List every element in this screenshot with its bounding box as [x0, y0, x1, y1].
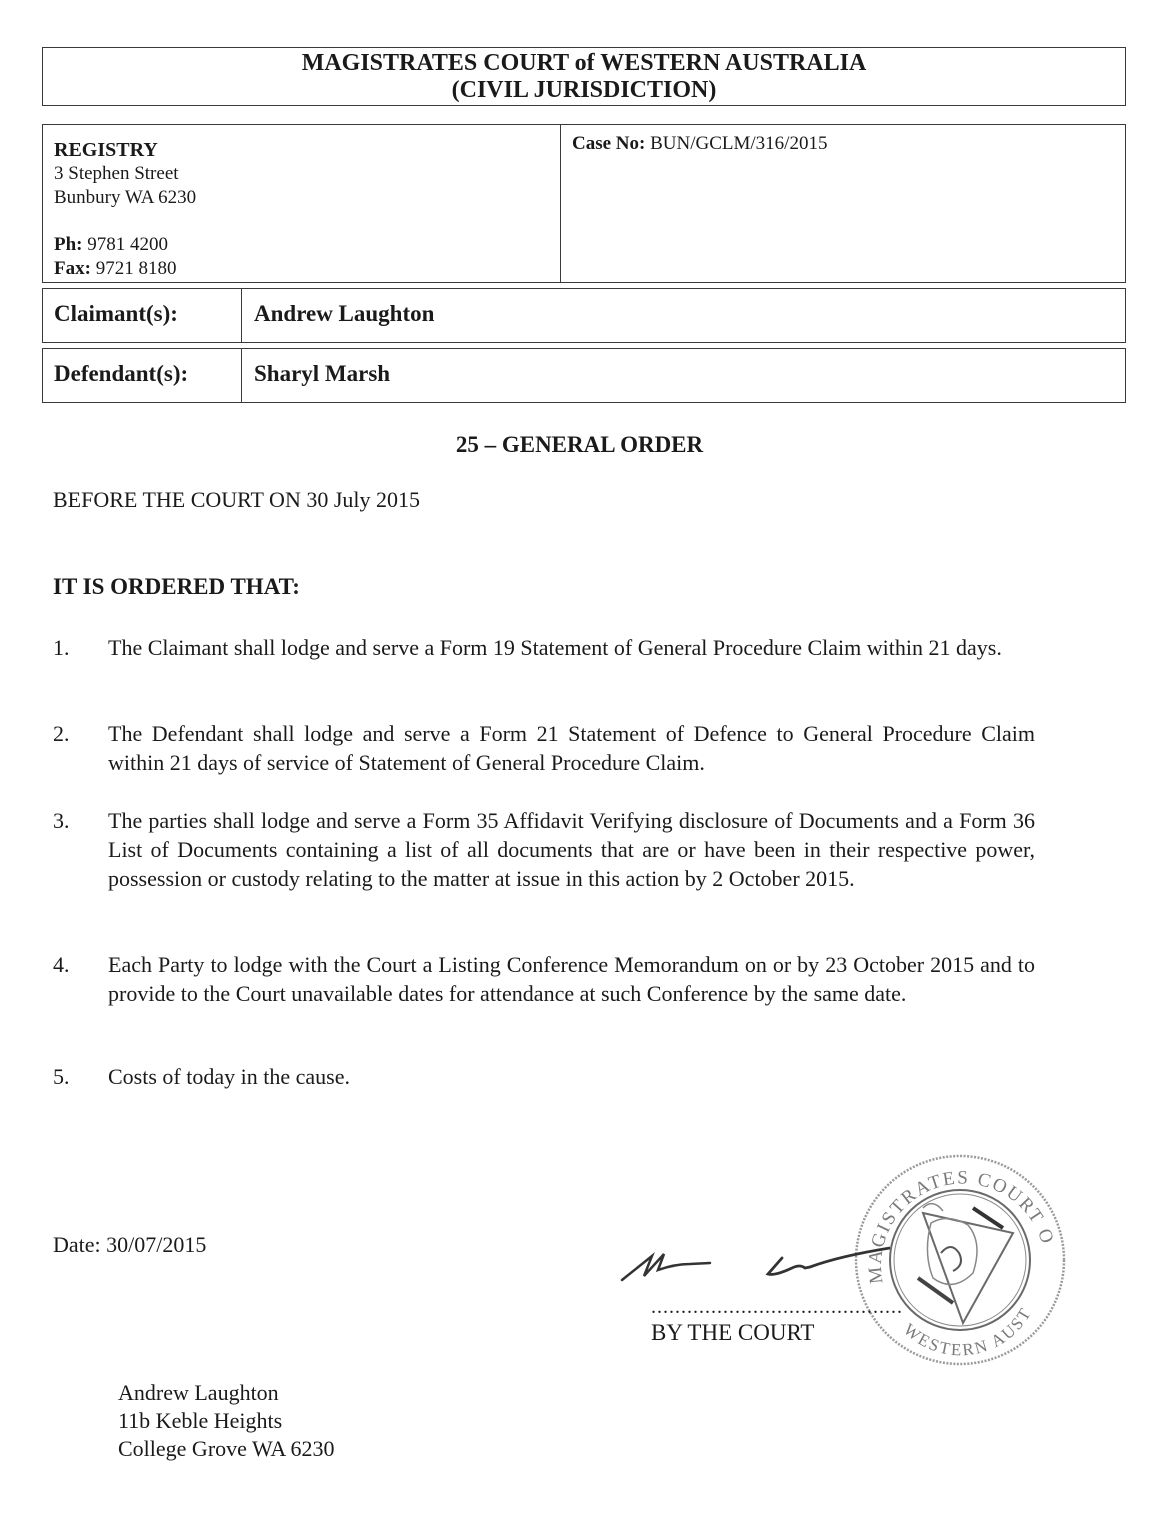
- order-item-number: 4.: [53, 950, 70, 979]
- recipient-name: Andrew Laughton: [118, 1378, 279, 1407]
- registry-details: REGISTRY 3 Stephen Street Bunbury WA 623…: [43, 125, 561, 282]
- claimant-row: Claimant(s): Andrew Laughton: [42, 288, 1126, 343]
- court-title-box: MAGISTRATES COURT of WESTERN AUSTRALIA (…: [42, 47, 1126, 106]
- case-number: Case No: BUN/GCLM/316/2015: [572, 133, 827, 155]
- order-title: 25 – GENERAL ORDER: [0, 432, 1159, 458]
- registry-address-line2: Bunbury WA 6230: [54, 186, 196, 210]
- registry-phone: Ph: 9781 4200: [54, 233, 168, 257]
- registry-address-line1: 3 Stephen Street: [54, 162, 179, 186]
- defendant-label-cell: Defendant(s):: [43, 349, 242, 402]
- order-item-text: The Claimant shall lodge and serve a For…: [108, 633, 1035, 662]
- phone-label: Ph:: [54, 234, 83, 255]
- registry-fax: Fax: 9721 8180: [54, 257, 176, 281]
- court-name: MAGISTRATES COURT of WESTERN AUSTRALIA: [43, 50, 1125, 77]
- ordered-heading: IT IS ORDERED THAT:: [53, 574, 300, 600]
- order-item-text: Costs of today in the cause.: [108, 1062, 1035, 1091]
- order-item-number: 5.: [53, 1062, 70, 1091]
- order-item-text: The parties shall lodge and serve a Form…: [108, 806, 1035, 893]
- recipient-address-line1: 11b Keble Heights: [118, 1406, 282, 1435]
- signed-by-label: BY THE COURT: [651, 1320, 814, 1346]
- defendant-row: Defendant(s): Sharyl Marsh: [42, 348, 1126, 403]
- recipient-address-line2: College Grove WA 6230: [118, 1434, 335, 1463]
- claimant-value-cell: Andrew Laughton: [242, 289, 1122, 342]
- fax-value: 9721 8180: [91, 258, 177, 279]
- claimant-name: Andrew Laughton: [254, 301, 434, 327]
- registry-box: REGISTRY 3 Stephen Street Bunbury WA 623…: [42, 124, 1126, 283]
- defendant-name: Sharyl Marsh: [254, 361, 390, 387]
- hearing-date-line: BEFORE THE COURT ON 30 July 2015: [53, 487, 420, 513]
- jurisdiction: (CIVIL JURISDICTION): [43, 77, 1125, 104]
- order-item-number: 2.: [53, 719, 70, 748]
- judge-signature-icon: [600, 1228, 890, 1303]
- order-item-number: 3.: [53, 806, 70, 835]
- registry-title: REGISTRY: [54, 138, 158, 162]
- phone-value: 9781 4200: [83, 234, 169, 255]
- order-item-text: Each Party to lodge with the Court a Lis…: [108, 950, 1035, 1008]
- fax-label: Fax:: [54, 258, 91, 279]
- order-item-number: 1.: [53, 633, 70, 662]
- defendant-label: Defendant(s):: [54, 361, 188, 387]
- case-number-value: BUN/GCLM/316/2015: [645, 133, 827, 154]
- claimant-label-cell: Claimant(s):: [43, 289, 242, 342]
- order-date: Date: 30/07/2015: [53, 1232, 206, 1258]
- order-item-text: The Defendant shall lodge and serve a Fo…: [108, 719, 1035, 777]
- case-number-label: Case No:: [572, 133, 645, 154]
- signature-line: ........................................…: [651, 1296, 903, 1319]
- defendant-value-cell: Sharyl Marsh: [242, 349, 1122, 402]
- claimant-label: Claimant(s):: [54, 301, 178, 327]
